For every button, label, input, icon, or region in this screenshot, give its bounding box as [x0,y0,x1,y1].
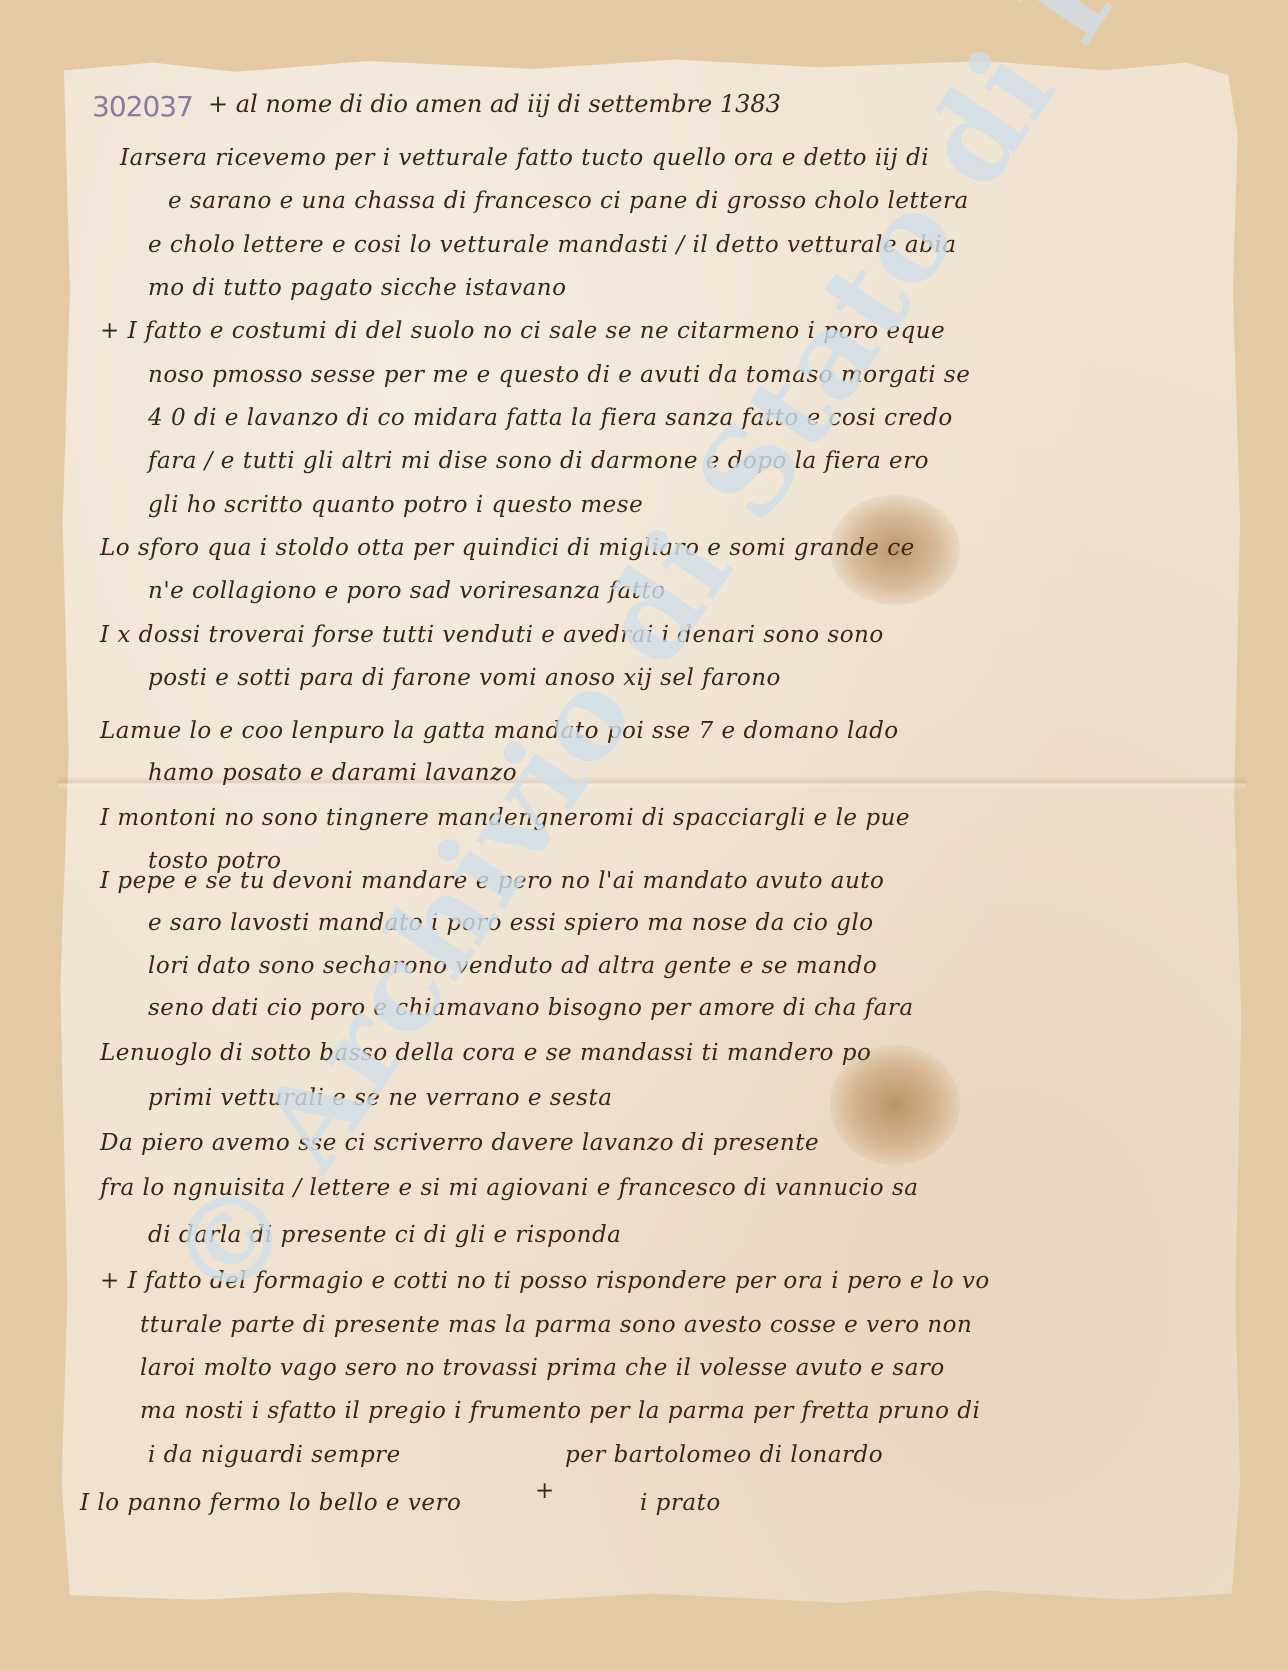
handwritten-line: Iarsera ricevemo per i vetturale fatto t… [120,145,929,171]
handwritten-line: per bartolomeo di lonardo [565,1442,883,1468]
handwritten-line: ma nosti i sfatto il pregio i frumento p… [140,1398,980,1424]
handwritten-line: tturale parte di presente mas la parma s… [140,1312,972,1338]
handwritten-line: laroi molto vago sero no trovassi prima … [140,1355,945,1381]
handwritten-line: gli ho scritto quanto potro i questo mes… [148,492,643,518]
handwritten-line: i da niguardi sempre [148,1442,401,1468]
letter-body: Iarsera ricevemo per i vetturale fatto t… [0,0,1288,1671]
handwritten-line: + [535,1478,555,1504]
handwritten-line: i prato [640,1490,721,1516]
handwritten-line: seno dati cio poro e chiamavano bisogno … [148,995,914,1021]
handwritten-line: I x dossi troverai forse tutti venduti e… [100,622,884,648]
handwritten-line: Lenuoglo di sotto basso della cora e se … [100,1040,871,1066]
handwritten-line: mo di tutto pagato sicche istavano [148,275,566,301]
handwritten-line: lori dato sono secharono venduto ad altr… [148,953,877,979]
handwritten-line: I lo panno fermo lo bello e vero [80,1490,461,1516]
handwritten-line: Lo sforo qua i stoldo otta per quindici … [100,535,915,561]
